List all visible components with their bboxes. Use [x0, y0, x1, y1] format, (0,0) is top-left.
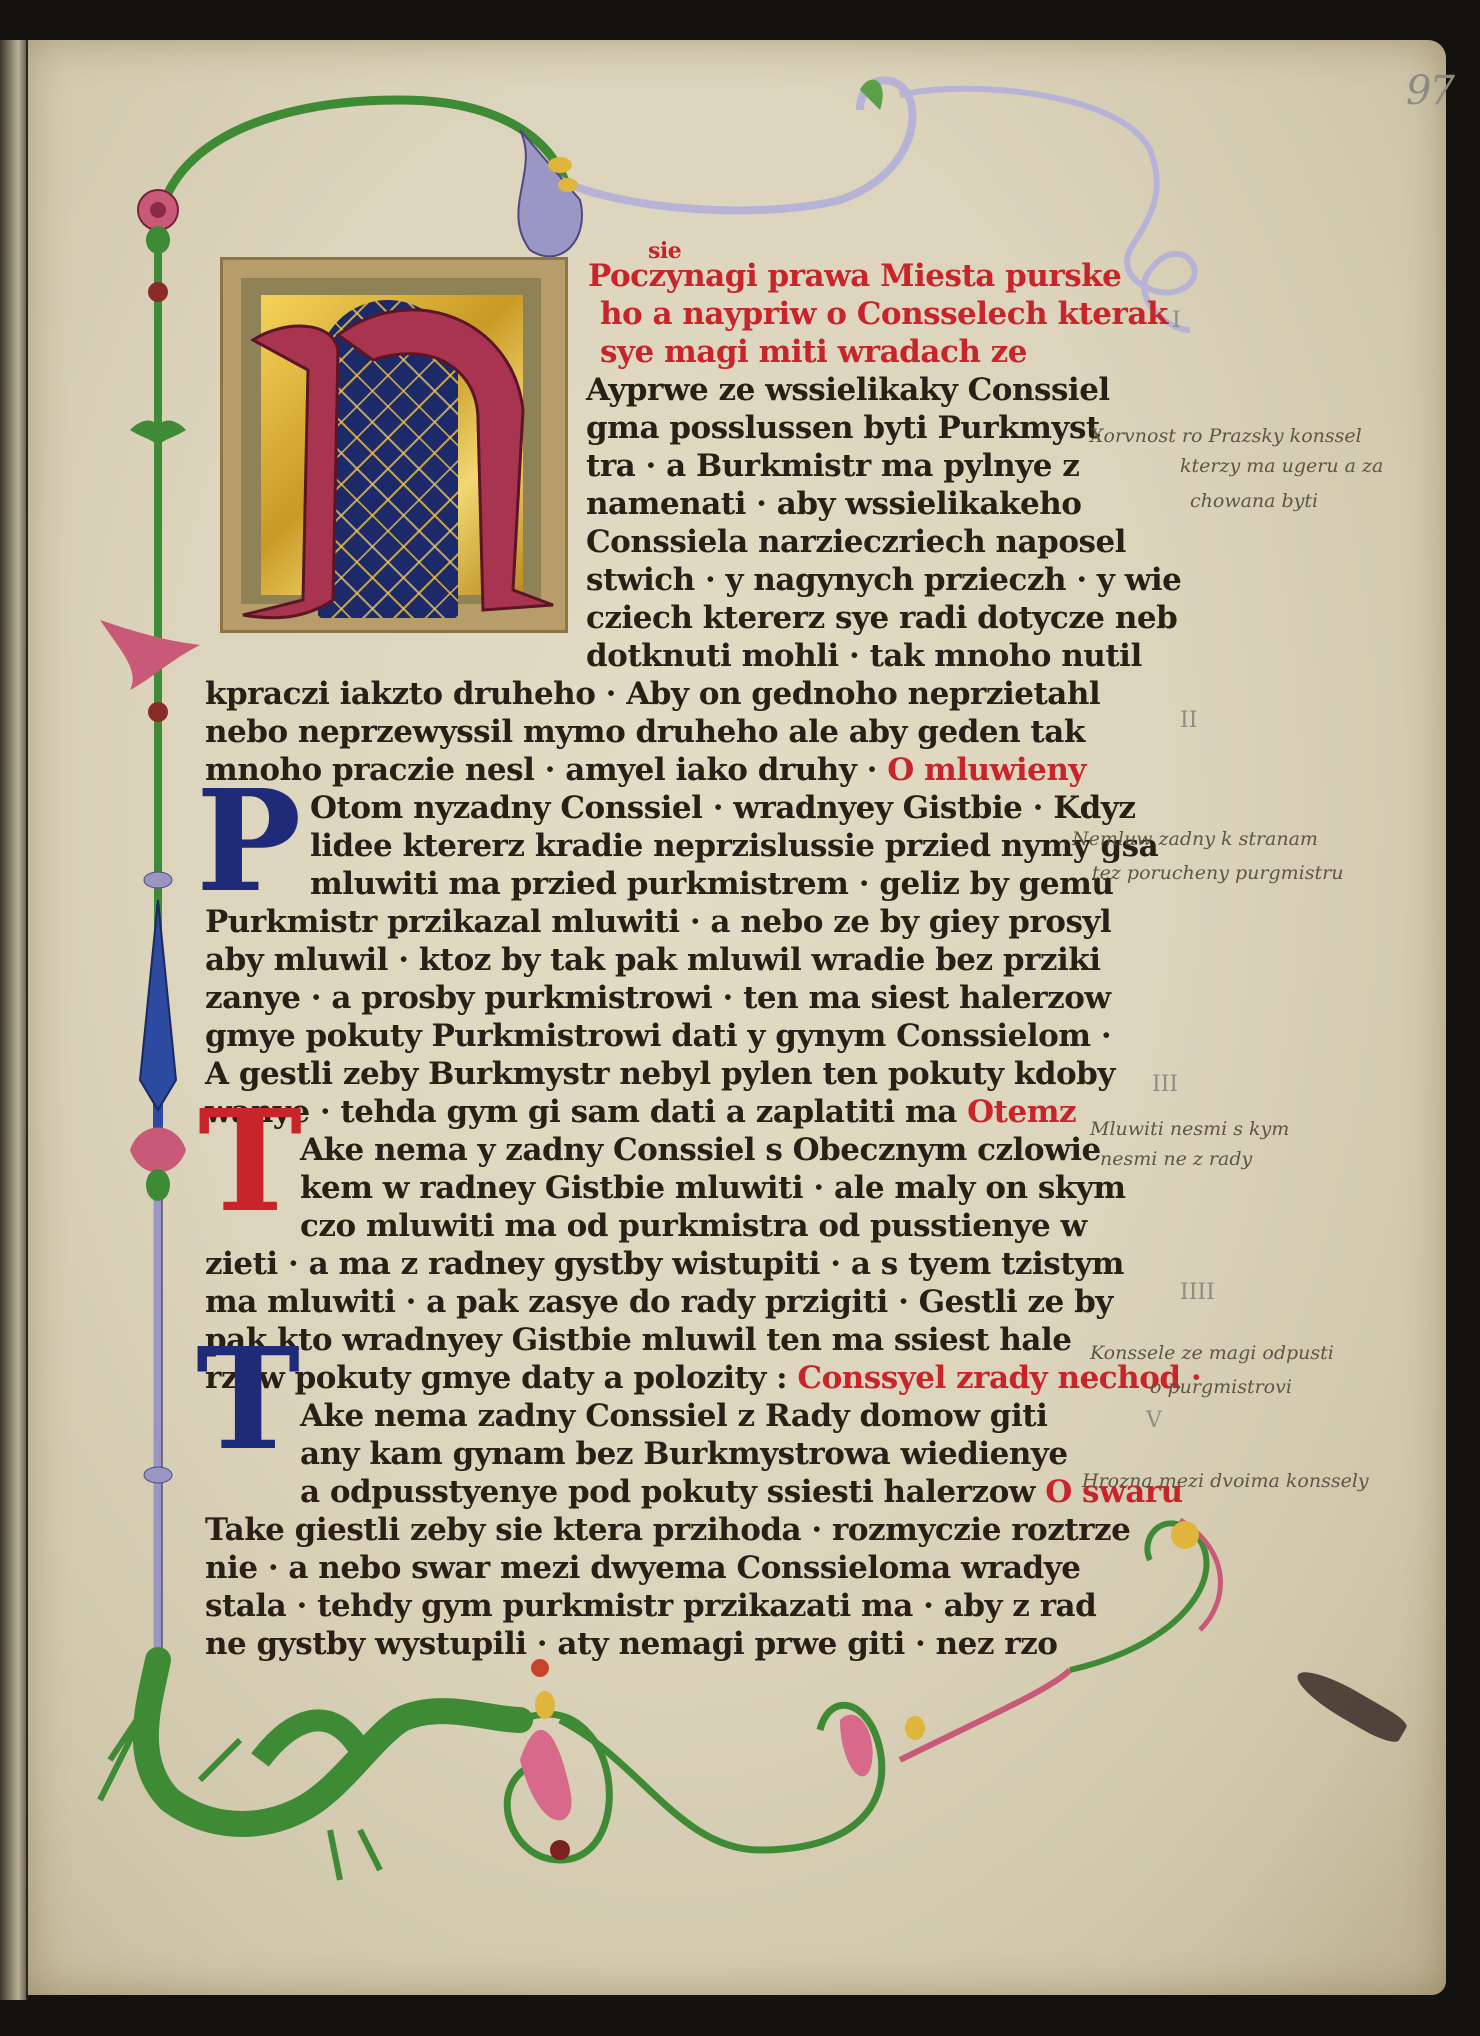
marginal-numeral-4: IIII [1180, 1280, 1215, 1305]
text-line: ne gystby wystupili · aty nemagi prwe gi… [205, 1626, 1057, 1662]
text-line: any kam gynam bez Burkmystrowa wiedienye [300, 1436, 1068, 1472]
text-line: ma mluwiti · a pak zasye do rady przigit… [205, 1284, 1113, 1320]
text-line: a odpusstyenye pod pokuty ssiesti halerz… [300, 1474, 1183, 1510]
pink-leaf-icon [520, 1730, 572, 1820]
initial-t-blue: T [196, 1318, 300, 1482]
letter-n-icon [223, 260, 565, 630]
text-line: lidee ktererz kradie neprzislussie przie… [310, 828, 1158, 864]
marginal-note: Hrozna mezi dvoima konssely [1082, 1470, 1369, 1492]
text-line-content: a odpusstyenye pod pokuty ssiesti halerz… [300, 1474, 1035, 1510]
text-line: Ake nema zadny Conssiel z Rady domow git… [300, 1398, 1047, 1434]
text-line: rzow pokuty gmye daty a polozity : Conss… [205, 1360, 1201, 1396]
text-line: nie · a nebo swar mezi dwyema Conssielom… [205, 1550, 1080, 1586]
marginal-numeral-2: II [1180, 708, 1197, 733]
text-line-content: wanye · tehda gym gi sam dati a zaplatit… [205, 1094, 957, 1130]
rose-flower-icon [138, 190, 178, 302]
initial-p: P [196, 760, 301, 924]
text-line-content: mnoho praczie nesl · amyel iako druhy · [205, 752, 877, 788]
rubric-o-mluweny: O mluwieny [887, 752, 1086, 788]
marginal-note: Konssele ze magi odpusti [1090, 1342, 1334, 1364]
text-line: gma posslussen byti Purkmyst [586, 410, 1100, 446]
rubric-otemz: Otemz [967, 1094, 1076, 1130]
text-line: Purkmistr przikazal mluwiti · a nebo ze … [205, 904, 1111, 940]
text-line: zieti · a ma z radney gystby wistupiti ·… [205, 1246, 1124, 1282]
text-line: dotknuti mohli · tak mnoho nutil [586, 638, 1142, 674]
text-line: Ake nema y zadny Conssiel s Obecznym czl… [300, 1132, 1101, 1168]
text-line: czo mluwiti ma od purkmistra od pusstien… [300, 1208, 1087, 1244]
marginal-note: nesmi ne z rady [1100, 1148, 1252, 1170]
marginal-note: kterzy ma ugeru a za [1180, 455, 1383, 477]
marginal-note: o purgmistrovi [1150, 1376, 1292, 1398]
text-line: pak kto wradnyey Gistbie mluwil ten ma s… [205, 1322, 1071, 1358]
incipit-line-3: sye magi miti wradach ze [600, 334, 1027, 370]
text-line: aby mluwil · ktoz by tak pak mluwil wrad… [205, 942, 1101, 978]
text-line: mnoho praczie nesl · amyel iako druhy · … [205, 752, 1086, 788]
text-line: namenati · aby wssielikakeho [586, 486, 1081, 522]
text-line: Otom nyzadny Conssiel · wradnyey Gistbie… [310, 790, 1135, 826]
marginal-numeral-5: V [1146, 1408, 1162, 1433]
dragon-icon [100, 1660, 520, 1880]
marginal-note: chowana byti [1190, 490, 1318, 512]
text-line: zanye · a prosby purkmistrowi · ten ma s… [205, 980, 1111, 1016]
text-line: stala · tehdy gym purkmistr przikazati m… [205, 1588, 1096, 1624]
incipit-line-1: Poczynagi prawa Miesta purske [588, 258, 1121, 294]
rubric-conssyel-zrady: Conssyel zrady nechod · [797, 1360, 1201, 1396]
marginal-note: Mluwiti nesmi s kym [1090, 1118, 1289, 1140]
initial-t-red: T [198, 1080, 302, 1244]
text-line: Ayprwe ze wssielikaky Conssiel [586, 372, 1110, 408]
blue-leaf-icon [140, 900, 176, 1110]
text-line: mluwiti ma przied purkmistrem · geliz by… [310, 866, 1113, 902]
text-line: Take giestli zeby sie ktera przihoda · r… [205, 1512, 1130, 1548]
text-line: kpraczi iakzto druheho · Aby on gednoho … [205, 676, 1100, 712]
marginal-note: Xorvnost ro Prazsky konssel [1090, 425, 1362, 447]
text-line: nebo neprzewyssil mymo druheho ale aby g… [205, 714, 1085, 750]
text-line: Conssiela narzieczriech naposel [586, 524, 1126, 560]
text-line: tra · a Burkmistr ma pylnye z [586, 448, 1079, 484]
text-line: wanye · tehda gym gi sam dati a zaplatit… [205, 1094, 1076, 1130]
text-line: stwich · y nagynych przieczh · y wie [586, 562, 1181, 598]
gold-dot-icon [1171, 1521, 1199, 1549]
marginal-numeral-1: I [1172, 308, 1181, 333]
marginal-note: tez porucheny purgmistru [1092, 862, 1343, 884]
marginal-numeral-3: III [1152, 1072, 1178, 1097]
text-line: A gestli zeby Burkmystr nebyl pylen ten … [205, 1056, 1115, 1092]
text-line: cziech ktererz sye radi dotycze neb [586, 600, 1177, 636]
text-line: kem w radney Gistbie mluwiti · ale maly … [300, 1170, 1126, 1206]
marginal-note: Nemluw zadny k stranam [1072, 828, 1318, 850]
text-line: gmye pokuty Purkmistrowi dati y gynym Co… [205, 1018, 1111, 1054]
incipit-line-2: ho a naypriw o Consselech kterak [600, 296, 1168, 332]
illuminated-initial-n [220, 257, 568, 633]
